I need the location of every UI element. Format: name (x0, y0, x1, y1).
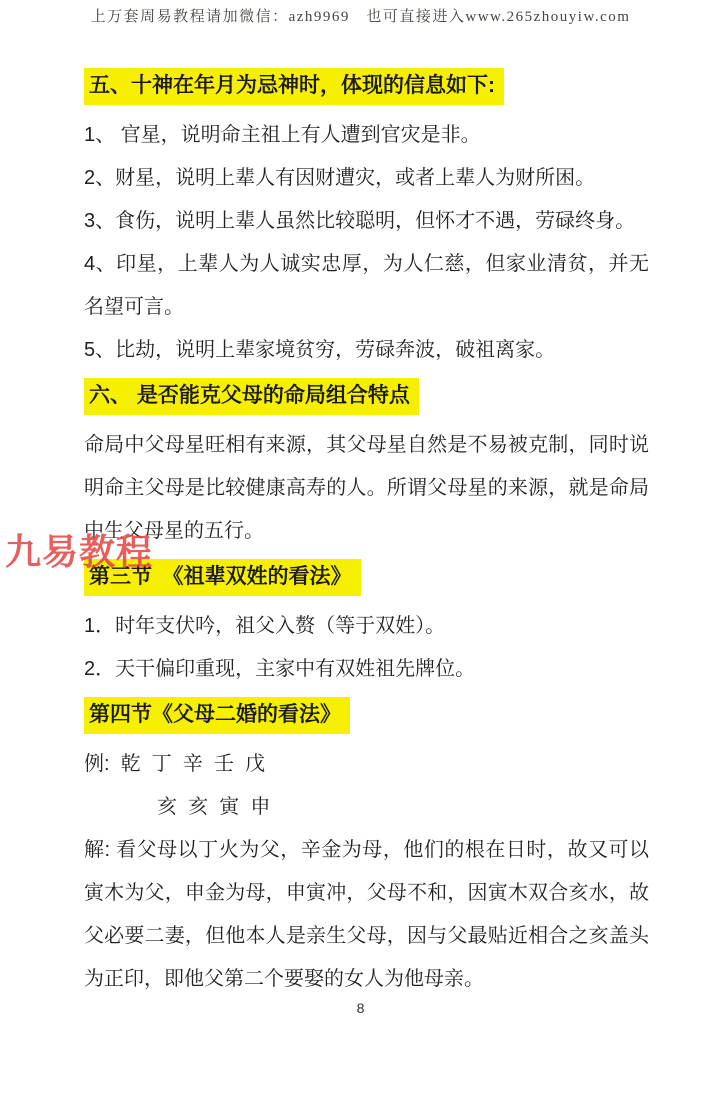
example-chart-stems-line: 例: 乾 丁 辛 壬 戊 (84, 743, 649, 786)
section-heading-six-label: 六、 是否能克父母的命局组合特点 (84, 378, 419, 415)
section-heading-three: 第三节 《祖辈双姓的看法》 (84, 556, 649, 599)
section-heading-four: 第四节《父母二婚的看法》 (84, 694, 649, 737)
section-heading-six: 六、 是否能克父母的命局组合特点 (84, 375, 649, 418)
list-item-double-surname-1: 1．时年支伏吟，祖父入赘（等于双姓）。 (84, 605, 649, 648)
paragraph-parents-star-source: 命局中父母星旺相有来源，其父母星自然是不易被克制，同时说明命主父母是比较健康高寿… (84, 424, 649, 553)
list-item-double-surname-2: 2．天干偏印重现，主家中有双姓祖先牌位。 (84, 648, 649, 691)
example-chart-branches-line: 亥 亥 寅 申 (157, 786, 649, 829)
document-content: 五、十神在年月为忌神时，体现的信息如下: 1、 官星，说明命主祖上有人遭到官灾是… (84, 62, 649, 1001)
section-heading-five: 五、十神在年月为忌神时，体现的信息如下: (84, 65, 649, 108)
list-item-3-shishang: 3、食伤，说明上辈人虽然比较聪明，但怀才不遇，劳碌终身。 (84, 200, 649, 243)
page-number: 8 (0, 1000, 721, 1016)
list-item-2-cai-star: 2、财星，说明上辈人有因财遭灾，或者上辈人为财所困。 (84, 157, 649, 200)
header-ad-text: 上万套周易教程请加微信：azh9969 也可直接进入www.265zhouyiw… (0, 7, 721, 27)
section-heading-five-label: 五、十神在年月为忌神时，体现的信息如下: (84, 68, 504, 105)
section-heading-four-label: 第四节《父母二婚的看法》 (84, 697, 350, 734)
paragraph-interpretation: 解: 看父母以丁火为父，辛金为母，他们的根在日时，故又可以寅木为父，申金为母，申… (84, 829, 649, 1001)
list-item-4-yin-star: 4、印星，上辈人为人诚实忠厚，为人仁慈，但家业清贫，并无名望可言。 (84, 243, 649, 329)
list-item-1-guan-star: 1、 官星，说明命主祖上有人遭到官灾是非。 (84, 114, 649, 157)
document-page: 上万套周易教程请加微信：azh9969 也可直接进入www.265zhouyiw… (0, 0, 721, 1101)
list-item-5-bijie: 5、比劫，说明上辈家境贫穷，劳碌奔波，破祖离家。 (84, 329, 649, 372)
watermark-jiuyi-jiaocheng: 九易教程 (5, 524, 153, 575)
